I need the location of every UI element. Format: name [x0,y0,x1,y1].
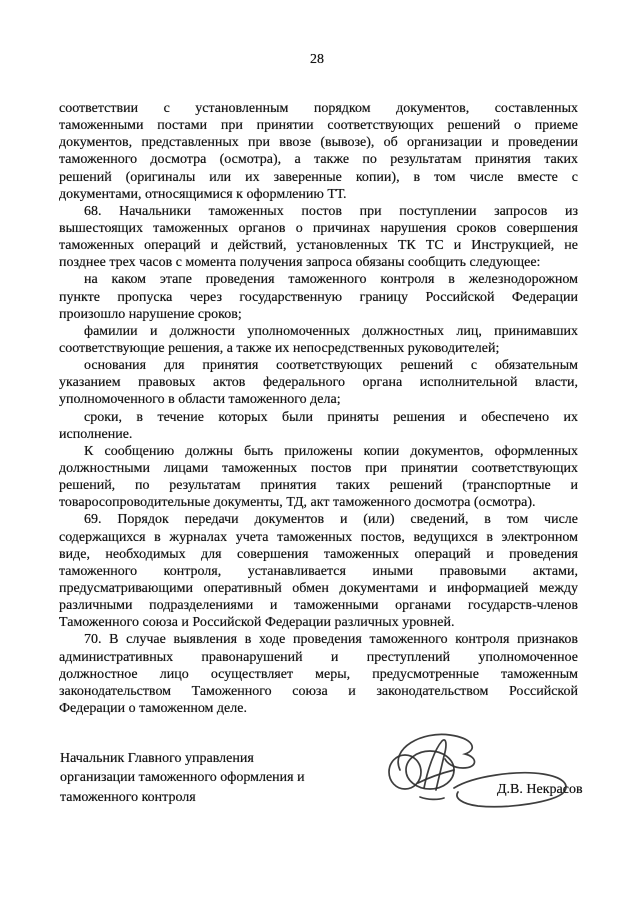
text-line: исполнение. [59,426,578,443]
text-line: законодательством Таможенного союза и за… [59,683,578,700]
text-line: таможенного досмотра (осмотра), а также … [59,151,578,168]
text-line: таможенными постами при принятии соответ… [59,117,578,134]
text-line: предусматривающими оперативный обмен док… [59,580,578,597]
text-line: фамилии и должности уполномоченных должн… [59,323,578,340]
paragraph: фамилии и должности уполномоченных должн… [59,323,578,357]
text-line: на каком этапе проведения таможенного ко… [59,271,578,288]
text-line: виде, необходимых для совершения таможен… [59,546,578,563]
text-line: Таможенного союза и Российской Федерации… [59,614,578,631]
paragraph: сроки, в течение которых были приняты ре… [59,409,578,443]
paragraph: 68. Начальники таможенных постов при пос… [59,203,578,272]
text-line: таможенных операций и действий, установл… [59,237,578,254]
text-line: основания для принятия соответствующих р… [59,357,578,374]
text-line: документов, представленных при ввозе (вы… [59,134,578,151]
text-line: уполномоченного в области таможенного де… [59,391,578,408]
document-body: соответствии с установленным порядком до… [59,100,578,717]
text-line: решений (оригиналы или их заверенные коп… [59,169,578,186]
text-line: позднее трех часов с момента получения з… [59,254,578,271]
text-line: вышестоящих таможенных органов о причина… [59,220,578,237]
paragraph: соответствии с установленным порядком до… [59,100,578,203]
text-line: должностное лицо осуществляет меры, пред… [59,666,578,683]
signer-name: Д.В. Некрасов [497,782,583,798]
paragraph: К сообщению должны быть приложены копии … [59,443,578,512]
text-line: различными подразделениями и таможенными… [59,597,578,614]
paragraph: на каком этапе проведения таможенного ко… [59,271,578,322]
page-number: 28 [0,52,634,68]
signer-role-line: Начальник Главного управления [60,749,305,768]
text-line: содержащихся в журналах учета таможенных… [59,529,578,546]
text-line: товаросопроводительные документы, ТД, ак… [59,494,578,511]
text-line: должностными лицами таможенных постов пр… [59,460,578,477]
paragraph: 69. Порядок передачи документов и (или) … [59,511,578,631]
signer-role-line: организации таможенного оформления и [60,768,305,787]
text-line: указанием правовых актов федерального ор… [59,374,578,391]
text-line: административных правонарушений и престу… [59,649,578,666]
signer-role-line: таможенного контроля [60,788,305,807]
text-line: 69. Порядок передачи документов и (или) … [59,511,578,528]
signature-block: Начальник Главного управления организаци… [60,749,305,807]
text-line: таможенного контроля, устанавливается ин… [59,563,578,580]
text-line: 70. В случае выявления в ходе проведения… [59,631,578,648]
text-line: документами, относящимися к оформлению Т… [59,186,578,203]
text-line: произошло нарушение сроков; [59,306,578,323]
text-line: сроки, в течение которых были приняты ре… [59,409,578,426]
text-line: решений, по результатам принятия таких р… [59,477,578,494]
paragraph: основания для принятия соответствующих р… [59,357,578,408]
paragraph: 70. В случае выявления в ходе проведения… [59,631,578,717]
text-line: соответствующие решения, а также их непо… [59,340,578,357]
text-line: соответствии с установленным порядком до… [59,100,578,117]
scanned-document-page: 28 соответствии с установленным порядком… [0,0,640,900]
text-line: пункте пропуска через государственную гр… [59,289,578,306]
text-line: 68. Начальники таможенных постов при пос… [59,203,578,220]
text-line: К сообщению должны быть приложены копии … [59,443,578,460]
signature-icon [378,728,578,818]
text-line: Федерации о таможенном деле. [59,700,578,717]
